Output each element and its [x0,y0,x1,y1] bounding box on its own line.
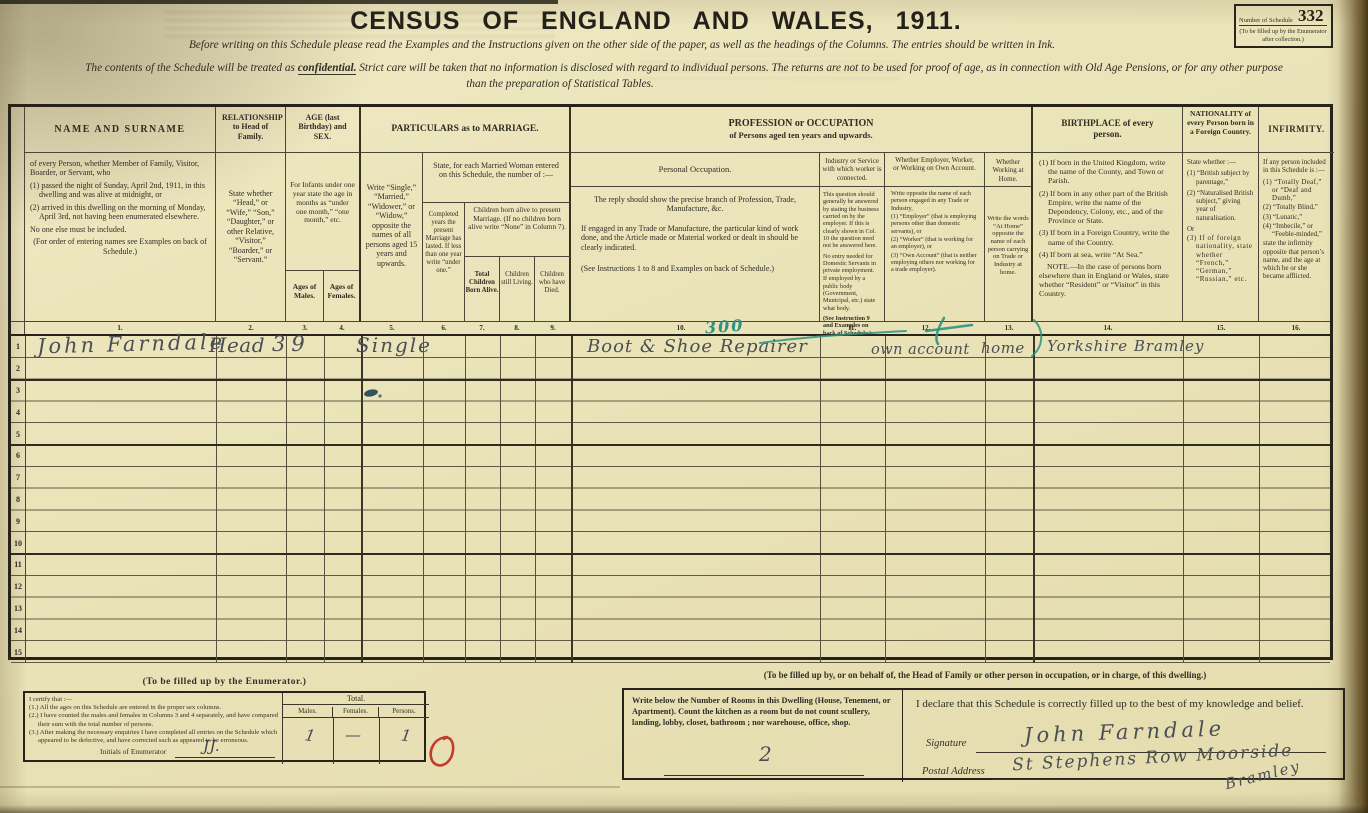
grid-line [216,336,217,663]
nationality-instructions: State whether :— (1) “British subject by… [1183,153,1259,321]
marriage-single-instructions: Write “Single,” “Married,” “Widower,” or… [361,153,423,321]
heavy-row-line [11,444,1330,446]
rooms-underline [664,775,864,776]
children-living-label: Children still Living. [500,257,535,321]
census-table: NAME AND SURNAME RELATIONSHIP to Head of… [8,104,1333,660]
col-number-15: 15. [1206,324,1236,332]
col-number-8: 8. [502,324,532,332]
entry-name: John Farndale [37,330,226,359]
age-males-label: Ages of Males. [286,271,324,321]
totals-persons-label: Persons. [379,707,429,718]
grid-line [571,336,573,663]
totals-col-line [333,718,334,764]
employer-label: Whether Employer, Worker, or Working on … [885,153,985,187]
profession-subtitle: of Persons aged ten years and upwards. [571,130,1031,140]
col-number-11: 11. [837,324,867,332]
declaration-box: Write below the Number of Rooms in this … [622,688,1345,780]
rooms-divider [902,690,903,782]
col-number-9: 9. [538,324,568,332]
row-number: 7 [11,467,25,489]
enumerator-box: I certify that :— (1.) All the ages on t… [23,691,426,762]
entry-relationship: Head [209,333,265,357]
row-number: 2 [11,358,25,380]
col-number-6: 6. [429,324,459,332]
initials-value: JJ. [203,737,220,755]
row-number: 9 [11,510,25,532]
fold-crease [0,786,620,788]
children-born-note: Children born alive to present Marriage.… [465,203,571,257]
confidential-line: The contents of the Schedule will be tre… [10,61,1358,77]
col-number-2: 2. [236,324,266,332]
enumerator-certify-text: I certify that :— (1.) All the ages on t… [29,696,281,745]
row-number: 8 [11,489,25,511]
row-number: 11 [11,554,25,576]
col-number-10: 10. [666,324,696,332]
grid-line [465,336,466,663]
grid-line [286,336,287,663]
entry-marital-status: Single [356,333,432,357]
grid-line [885,336,886,663]
row-number-header-col [11,107,25,336]
grid-line [985,336,986,663]
col-number-7: 7. [467,324,497,332]
annotation-green-number: 300 [704,316,745,338]
col-number-4: 4. [327,324,357,332]
col-number-5: 5. [377,324,407,332]
initials-label: Initials of Enumerator [100,747,166,756]
bottom-shadow [0,805,1368,813]
grid-line [423,336,424,663]
confidential-line-2: than the preparation of Statistical Tabl… [0,77,1234,93]
heavy-row-line [11,379,1330,381]
enumerator-heading: (To be filled up by the Enumerator.) [23,677,426,687]
at-home-label: Whether Working at Home. [985,153,1033,187]
declaration-heading: (To be filled up by, or on behalf of, th… [620,670,1350,680]
col-number-1: 1. [105,324,135,332]
grid-line [820,336,821,663]
col-header-birthplace: BIRTHPLACE of every person. [1033,107,1183,153]
census-schedule-page: Number of Schedule 332 (To be filled up … [0,0,1368,813]
personal-occupation-instructions: The reply should show the precise branch… [571,187,820,321]
rooms-instructions: Write below the Number of Rooms in this … [632,696,894,728]
col-header-marriage: PARTICULARS as to MARRIAGE. [361,107,571,153]
entry-birthplace: Yorkshire Bramley [1047,337,1204,355]
col-header-nationality: NATIONALITY of every Person born in a Fo… [1183,107,1259,153]
col-number-16: 16. [1281,324,1311,332]
entry-occupation: Boot & Shoe Repairer [587,336,808,357]
infirmity-instructions: If any person included in this Schedule … [1259,153,1334,321]
entry-age: 39 [272,332,311,356]
scan-top-edge [0,0,558,4]
children-died-label: Children who have Died. [535,257,571,321]
row-number: 15 [11,641,25,663]
col-header-profession: PROFESSION or OCCUPATION of Persons aged… [571,107,1033,153]
row-number: 1 [11,336,25,358]
profession-title: PROFESSION or OCCUPATION [571,118,1031,130]
children-born-label: Total Children Born Alive. [465,257,500,321]
relationship-instructions: State whether “Head,” or “Wife,” “Son,” … [216,153,286,321]
marriage-years-label: Completed years the present Marriage has… [423,203,465,321]
totals-females-value: — [345,725,362,744]
grid-line [535,336,536,663]
row-number: 12 [11,576,25,598]
totals-col-line [379,718,380,764]
col-header-name: NAME AND SURNAME [25,107,216,153]
initials-line [175,757,275,758]
declaration-statement: I declare that this Schedule is correctl… [916,698,1340,710]
row-number: 3 [11,380,25,402]
totals-males-value: 1 [303,725,317,746]
grid-line [1183,336,1184,663]
row-number-column: 1 2 3 4 5 6 7 8 9 10 11 12 13 14 15 [11,336,26,663]
totals-persons-value: 1 [400,725,413,745]
totals-females-label: Females. [333,707,379,718]
signature-value: John Farndale [1024,716,1226,747]
industry-instructions: This question should generally be answer… [820,187,885,321]
col-number-3: 3. [290,324,320,332]
at-home-instructions: Write the words “At Home” opposite the n… [985,187,1033,321]
grid-line [1033,336,1035,663]
age-females-label: Ages of Females. [324,271,361,321]
form-title: CENSUS OF ENGLAND AND WALES, 1911. [0,7,1340,36]
row-number: 13 [11,598,25,620]
table-body-grid [11,336,1330,663]
entry-at-home: home [981,339,1025,357]
heavy-row-line [11,553,1330,555]
age-infants-note: For Infants under one year state the age… [286,153,361,271]
col-number-14: 14. [1093,324,1123,332]
entry-employment-status: own account [871,342,970,358]
row-number: 5 [11,423,25,445]
employer-instructions: Write opposite the name of each person e… [885,187,985,321]
grid-line [500,336,501,663]
col-header-age: AGE (last Birthday) and SEX. [286,107,361,153]
row-number: 10 [11,532,25,554]
row-number: 4 [11,401,25,423]
col-number-13: 13. [994,324,1024,332]
grid-line [324,336,325,663]
name-instructions: of every Person, whether Member of Famil… [25,153,216,321]
rooms-value: 2 [759,742,772,766]
col-number-12: 12. [911,324,941,332]
birthplace-instructions: (1) If born in the United Kingdom, write… [1033,153,1183,321]
grid-line [1259,336,1260,663]
totals-males-label: Males. [283,707,333,718]
confidential-word: confidential. [298,62,357,75]
row-number: 14 [11,619,25,641]
totals-table: Total. Males. Females. Persons. 1 — 1 [282,693,428,764]
totals-title: Total. [283,694,429,705]
instruction-line: Before writing on this Schedule please r… [0,39,1306,51]
row-number: 6 [11,445,25,467]
signature-label: Signature [926,738,966,749]
col-header-infirmity: INFIRMITY. [1259,107,1334,153]
col-header-relationship: RELATIONSHIP to Head of Family. [216,107,286,153]
grid-line [361,336,363,663]
industry-label: Industry or Service with which worker is… [820,153,885,187]
married-woman-note: State, for each Married Woman entered on… [423,153,571,203]
personal-occupation-label: Personal Occupation. [571,153,820,187]
postal-address-label: Postal Address [922,766,985,777]
